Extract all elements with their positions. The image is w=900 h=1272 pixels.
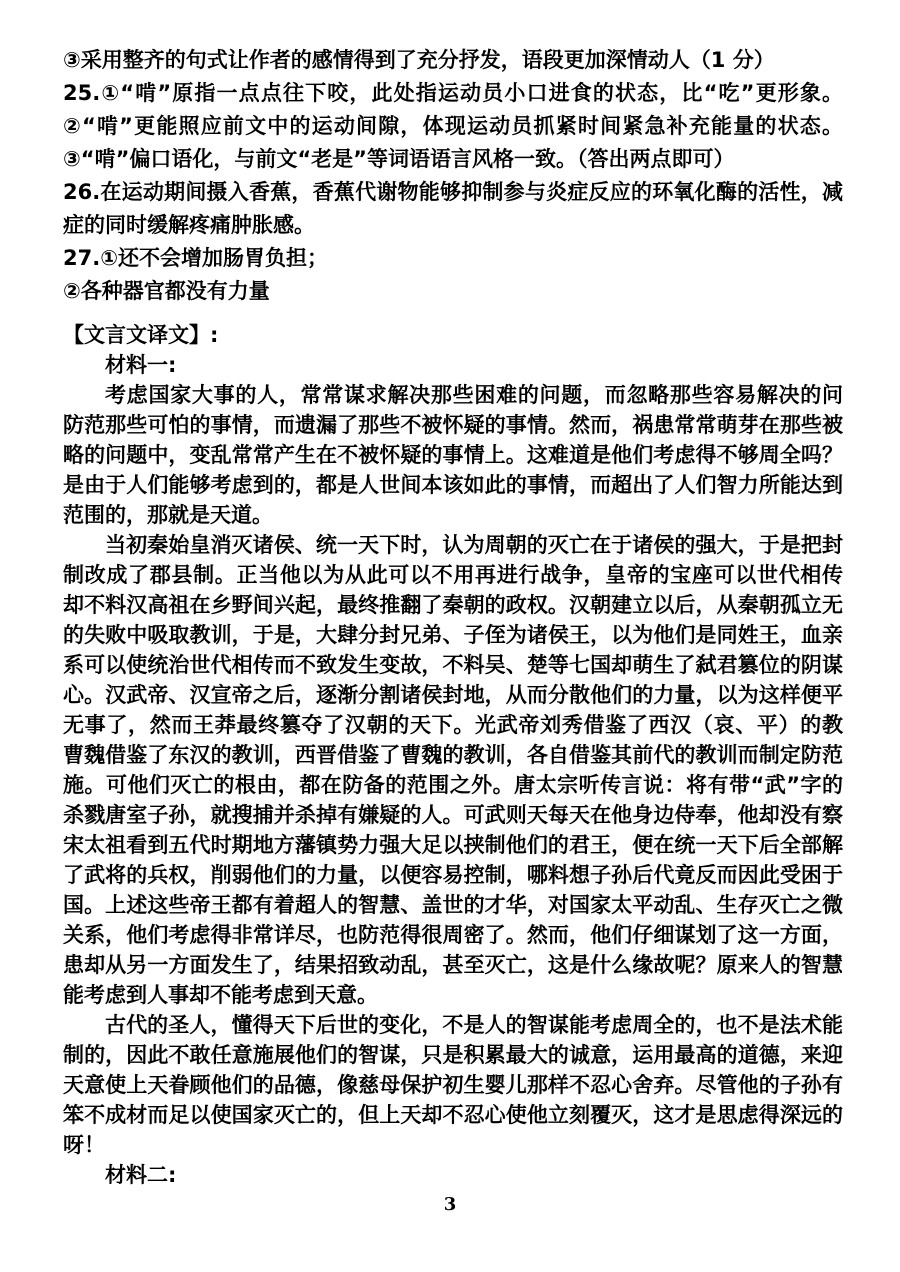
translation-line: 杀戮唐室子孙，就搜捕并杀掉有嫌疑的人。可武则天每天在他身边侍奉，他却没有察觉。 bbox=[63, 800, 843, 830]
answer-line: 症的同时缓解疼痛肿胀感。 bbox=[63, 209, 843, 242]
translation-line: 呀！ bbox=[63, 1130, 843, 1160]
translation-line: 当初秦始皇消灭诸侯、统一天下时，认为周朝的灭亡在于诸侯的强大，于是把封建 bbox=[63, 530, 843, 560]
translation-line: 是由于人们能够考虑到的，都是人世间本该如此的事情，而超出了人们智力所能达到的 bbox=[63, 470, 843, 500]
answer-line: ③采用整齐的句式让作者的感情得到了充分抒发，语段更加深情动人（1 分） bbox=[63, 44, 843, 77]
translation-line: 的失败中吸取教训，于是，大肆分封兄弟、子侄为诸侯王，以为他们是同姓王，血亲关 bbox=[63, 620, 843, 650]
translation-heading: 【文言文译文】: bbox=[63, 320, 843, 350]
translation-line: 笨不成材而足以使国家灭亡的，但上天却不忍心使他立刻覆灭，这才是思虑得深远的人 bbox=[63, 1100, 843, 1130]
document-page: ③采用整齐的句式让作者的感情得到了充分抒发，语段更加深情动人（1 分）25.①“… bbox=[0, 0, 900, 1272]
translation-line: 曹魏借鉴了东汉的教训，西晋借鉴了曹魏的教训，各自借鉴其前代的教训而制定防范措 bbox=[63, 740, 843, 770]
translation-line: 无事了，然而王莽最终篡夺了汉朝的天下。光武帝刘秀借鉴了西汉（哀、平）的教训， bbox=[63, 710, 843, 740]
translation-line: 却不料汉高祖在乡野间兴起，最终推翻了秦朝的政权。汉朝建立以后，从秦朝孤立无援 bbox=[63, 590, 843, 620]
answers-section: ③采用整齐的句式让作者的感情得到了充分抒发，语段更加深情动人（1 分）25.①“… bbox=[0, 0, 900, 308]
translation-line: 心。汉武帝、汉宣帝之后，逐渐分割诸侯封地，从而分散他们的力量，以为这样便平安 bbox=[63, 680, 843, 710]
translation-line: 考虑国家大事的人，常常谋求解决那些困难的问题，而忽略那些容易解决的问题； bbox=[63, 380, 843, 410]
answer-line: 27.①还不会增加肠胃负担； bbox=[63, 242, 843, 275]
translation-line: 系可以使统治世代相传而不致发生变故，不料吴、楚等七国却萌生了弑君篡位的阴谋野 bbox=[63, 650, 843, 680]
translation-line: 材料一: bbox=[63, 350, 843, 380]
translation-line: 国。上述这些帝王都有着超人的智慧、盖世的才华，对国家太平动乱、生存灭亡之微妙 bbox=[63, 890, 843, 920]
translation-line: 关系，他们考虑得非常详尽，也防范得很周密了。然而，他们仔细谋划了这一方面，祸 bbox=[63, 920, 843, 950]
translation-lines: 材料一:考虑国家大事的人，常常谋求解决那些困难的问题，而忽略那些容易解决的问题；… bbox=[63, 350, 843, 1190]
answer-line: 25.①“啃”原指一点点往下咬，此处指运动员小口进食的状态，比“吃”更形象。 bbox=[63, 77, 843, 110]
translation-section: 【文言文译文】: 材料一:考虑国家大事的人，常常谋求解决那些困难的问题，而忽略那… bbox=[0, 320, 900, 1190]
translation-line: 天意使上天眷顾他们的品德，像慈母保护初生婴儿那样不忍心舍弃。尽管他的子孙有愚 bbox=[63, 1070, 843, 1100]
translation-line: 患却从另一方面发生了，结果招致动乱，甚至灭亡，这是什么缘故呢？原来人的智慧只 bbox=[63, 950, 843, 980]
translation-line: 略的问题中，变乱常常产生在不被怀疑的事情上。这难道是他们考虑得不够周全吗？这 bbox=[63, 440, 843, 470]
answers-lines: ③采用整齐的句式让作者的感情得到了充分抒发，语段更加深情动人（1 分）25.①“… bbox=[63, 44, 843, 308]
translation-line: 材料二: bbox=[63, 1160, 843, 1190]
translation-line: 范围的，那就是天道。 bbox=[63, 500, 843, 530]
answer-line: 26.在运动期间摄入香蕉，香蕉代谢物能够抑制参与炎症反应的环氧化酶的活性，减轻炎 bbox=[63, 176, 843, 209]
translation-line: 防范那些可怕的事情，而遗漏了那些不被怀疑的事情。然而，祸患常常萌芽在那些被忽 bbox=[63, 410, 843, 440]
translation-line: 了武将的兵权，削弱他们的力量，以便容易控制，哪料想子孙后代竟反而因此受困于敌 bbox=[63, 860, 843, 890]
page-number: 3 bbox=[444, 1190, 457, 1220]
answer-line: ②各种器官都没有力量 bbox=[63, 275, 843, 308]
translation-line: 制的，因此不敢任意施展他们的智谋，只是积累最大的诚意，运用最高的道德，来迎合 bbox=[63, 1040, 843, 1070]
translation-line: 古代的圣人，懂得天下后世的变化，不是人的智谋能考虑周全的，也不是法术能控 bbox=[63, 1010, 843, 1040]
translation-line: 施。可他们灭亡的根由，都在防备的范围之外。唐太宗听传言说：将有带“武”字的人 bbox=[63, 770, 843, 800]
translation-line: 宋太祖看到五代时期地方藩镇势力强大足以挟制他们的君王，便在统一天下后全部解除 bbox=[63, 830, 843, 860]
answer-line: ③“啃”偏口语化，与前文“老是”等词语语言风格一致。（答出两点即可） bbox=[63, 143, 843, 176]
page-footer: 3 bbox=[0, 1190, 900, 1220]
translation-line: 制改成了郡县制。正当他以为从此可以不用再进行战争，皇帝的宝座可以世代相传时， bbox=[63, 560, 843, 590]
translation-line: 能考虑到人事却不能考虑到天意。 bbox=[63, 980, 843, 1010]
answer-line: ②“啃”更能照应前文中的运动间隙，体现运动员抓紧时间紧急补充能量的状态。 bbox=[63, 110, 843, 143]
